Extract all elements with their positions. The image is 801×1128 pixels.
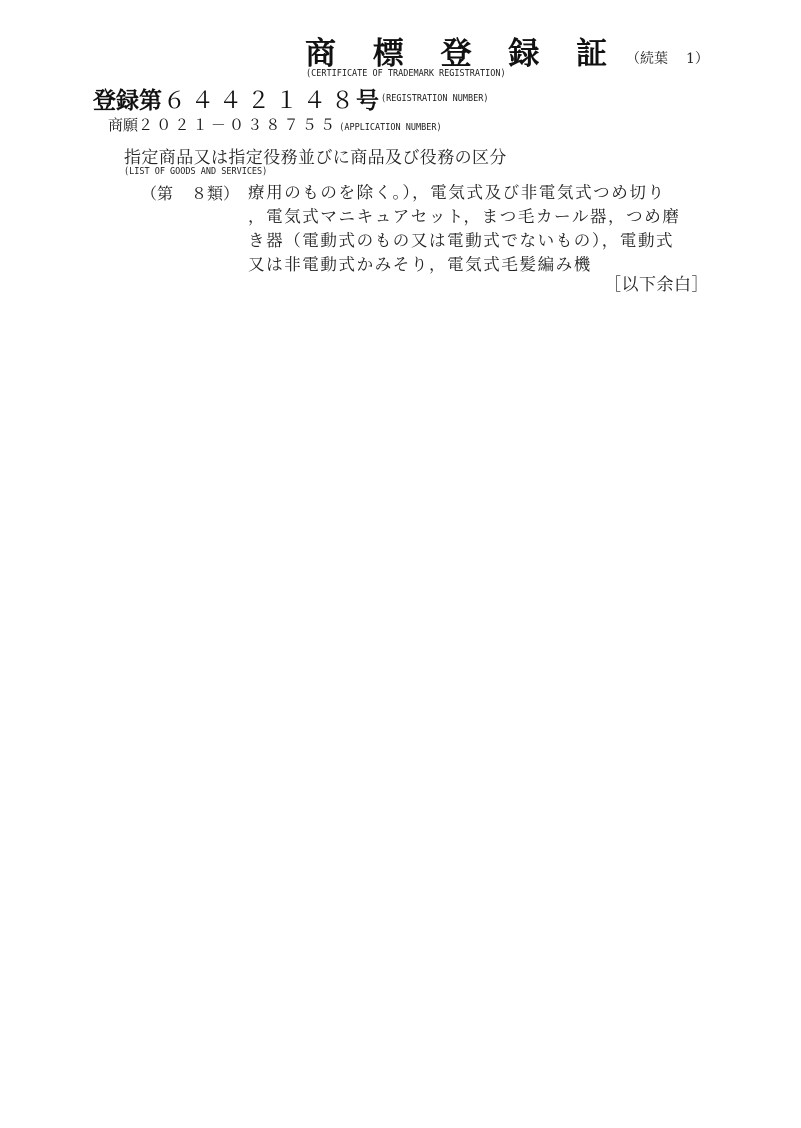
- goods-list-line: 療用のものを除く。），電気式及び非電気式つめ切り: [248, 181, 718, 205]
- class-label-prefix: （第: [141, 184, 173, 203]
- application-number-line: 商願 ２０２１－０３８７５５ (APPLICATION NUMBER): [108, 114, 442, 135]
- goods-services-heading-english: (LIST OF GOODS AND SERVICES): [124, 166, 267, 178]
- continuation-page-number: 1）: [686, 51, 709, 67]
- goods-list-line: き器（電動式のもの又は電動式でないもの），電動式: [248, 229, 718, 253]
- registration-number: ６４４２１４８: [163, 82, 359, 115]
- registration-suffix: 号: [356, 82, 379, 115]
- application-number-label-english: (APPLICATION NUMBER): [339, 122, 441, 134]
- registration-number-line: 登録第 ６４４２１４８ 号 (REGISTRATION NUMBER): [93, 82, 488, 115]
- goods-list-text: 療用のものを除く。），電気式及び非電気式つめ切り ，電気式マニキュアセット，まつ…: [248, 181, 718, 277]
- end-of-list-mark: ［以下余白］: [604, 270, 709, 295]
- registration-prefix: 登録第: [93, 82, 162, 115]
- certificate-title-english: (CERTIFICATE OF TRADEMARK REGISTRATION): [306, 68, 506, 80]
- continuation-label: （続葉: [626, 51, 668, 67]
- certificate-title: 商 標 登 録 証: [305, 28, 620, 73]
- class-label: （第８類）: [141, 181, 239, 204]
- registration-number-label-english: (REGISTRATION NUMBER): [381, 93, 488, 105]
- goods-list-line: ，電気式マニキュアセット，まつ毛カール器，つめ磨: [248, 205, 718, 229]
- goods-services-heading: 指定商品又は指定役務並びに商品及び役務の区分: [124, 143, 507, 168]
- application-number: ２０２１－０３８７５５: [138, 114, 338, 135]
- class-label-number: ８類）: [191, 184, 239, 203]
- application-prefix: 商願: [108, 114, 138, 135]
- continuation-page-label: （続葉1）: [626, 48, 709, 68]
